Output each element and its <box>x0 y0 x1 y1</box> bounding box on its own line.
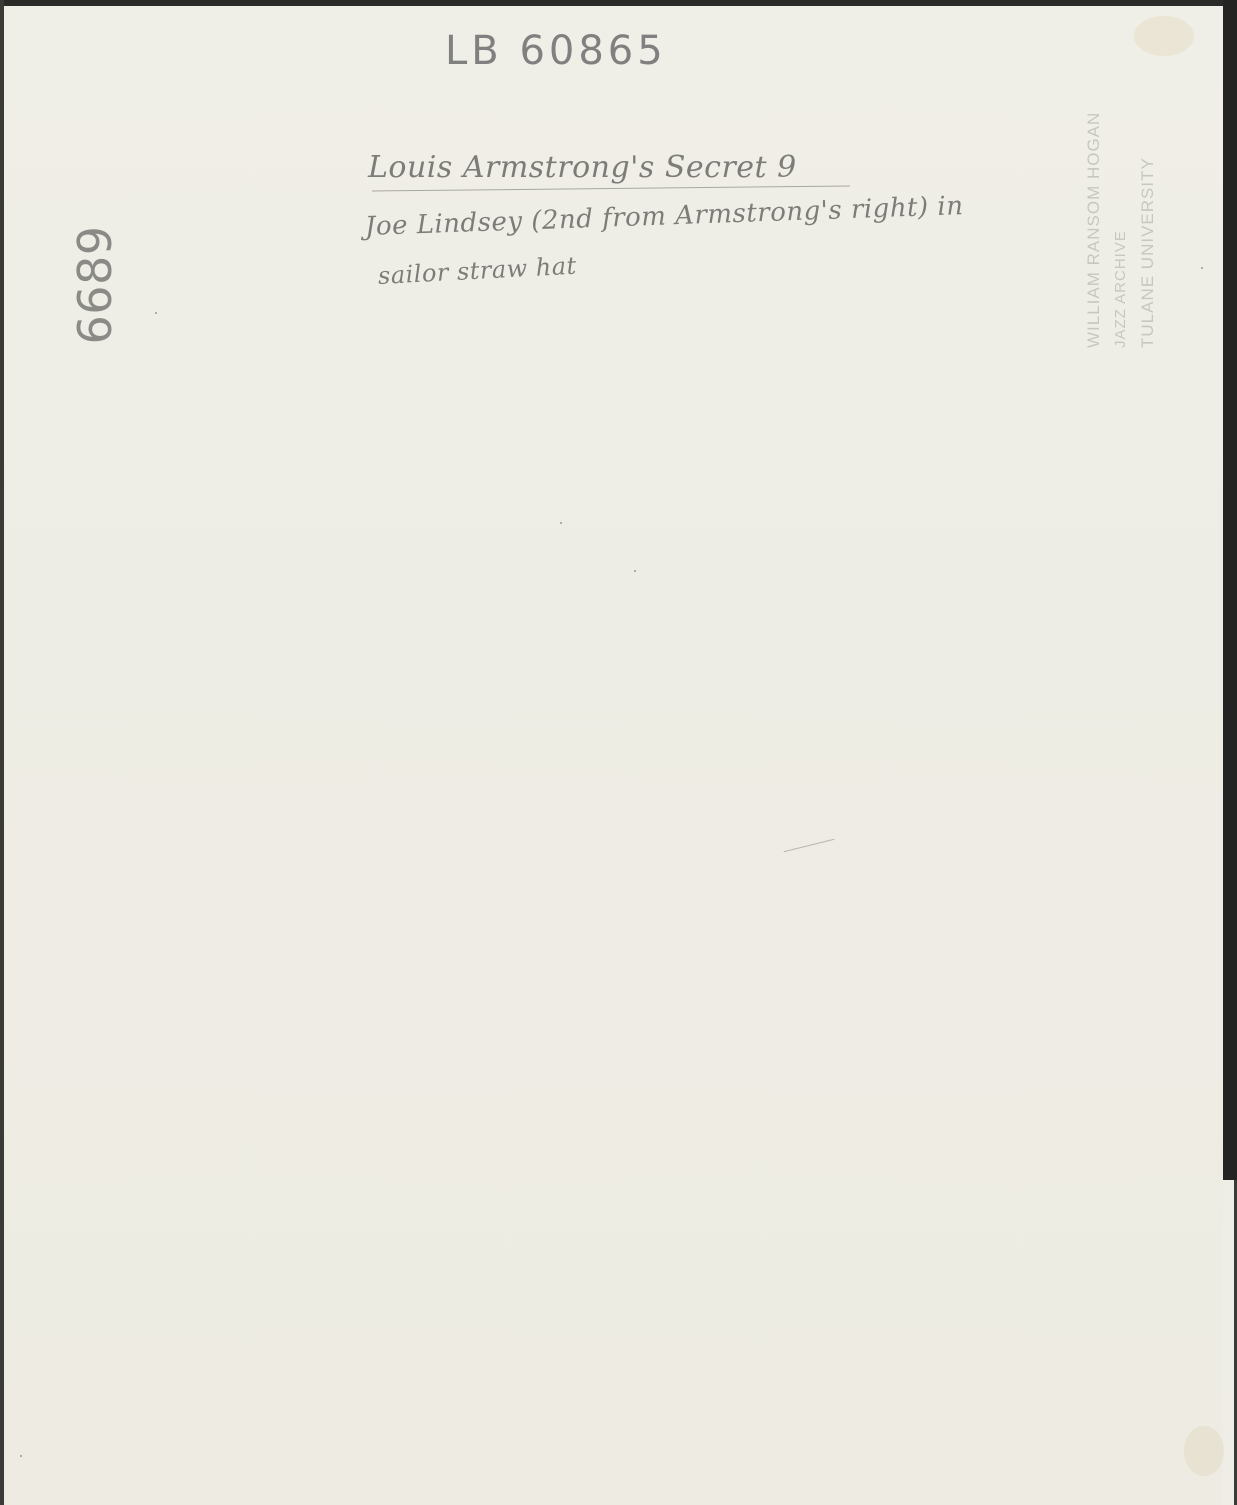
paper-speck <box>155 312 157 314</box>
catalog-number: LB 60865 <box>445 28 667 74</box>
paper-stain <box>1184 1426 1224 1476</box>
stamp-line-2: JAZZ ARCHIVE <box>1112 230 1129 348</box>
scanned-photo-back: LB 60865 Louis Armstrong's Secret 9 Joe … <box>0 0 1237 1505</box>
stamp-line-3: TULANE UNIVERSITY <box>1138 157 1158 348</box>
stamp-line-1: WILLIAM RANSOM HOGAN <box>1084 112 1104 348</box>
paper-speck <box>20 1455 22 1457</box>
scanner-edge-right <box>1223 0 1237 1180</box>
photo-title: Louis Armstrong's Secret 9 <box>368 150 797 185</box>
paper-speck <box>1201 267 1203 269</box>
side-number: 6689 <box>68 215 122 355</box>
archive-stamp: WILLIAM RANSOM HOGAN JAZZ ARCHIVE TULANE… <box>1082 30 1182 360</box>
paper-speck <box>634 570 636 572</box>
paper-speck <box>560 522 562 524</box>
